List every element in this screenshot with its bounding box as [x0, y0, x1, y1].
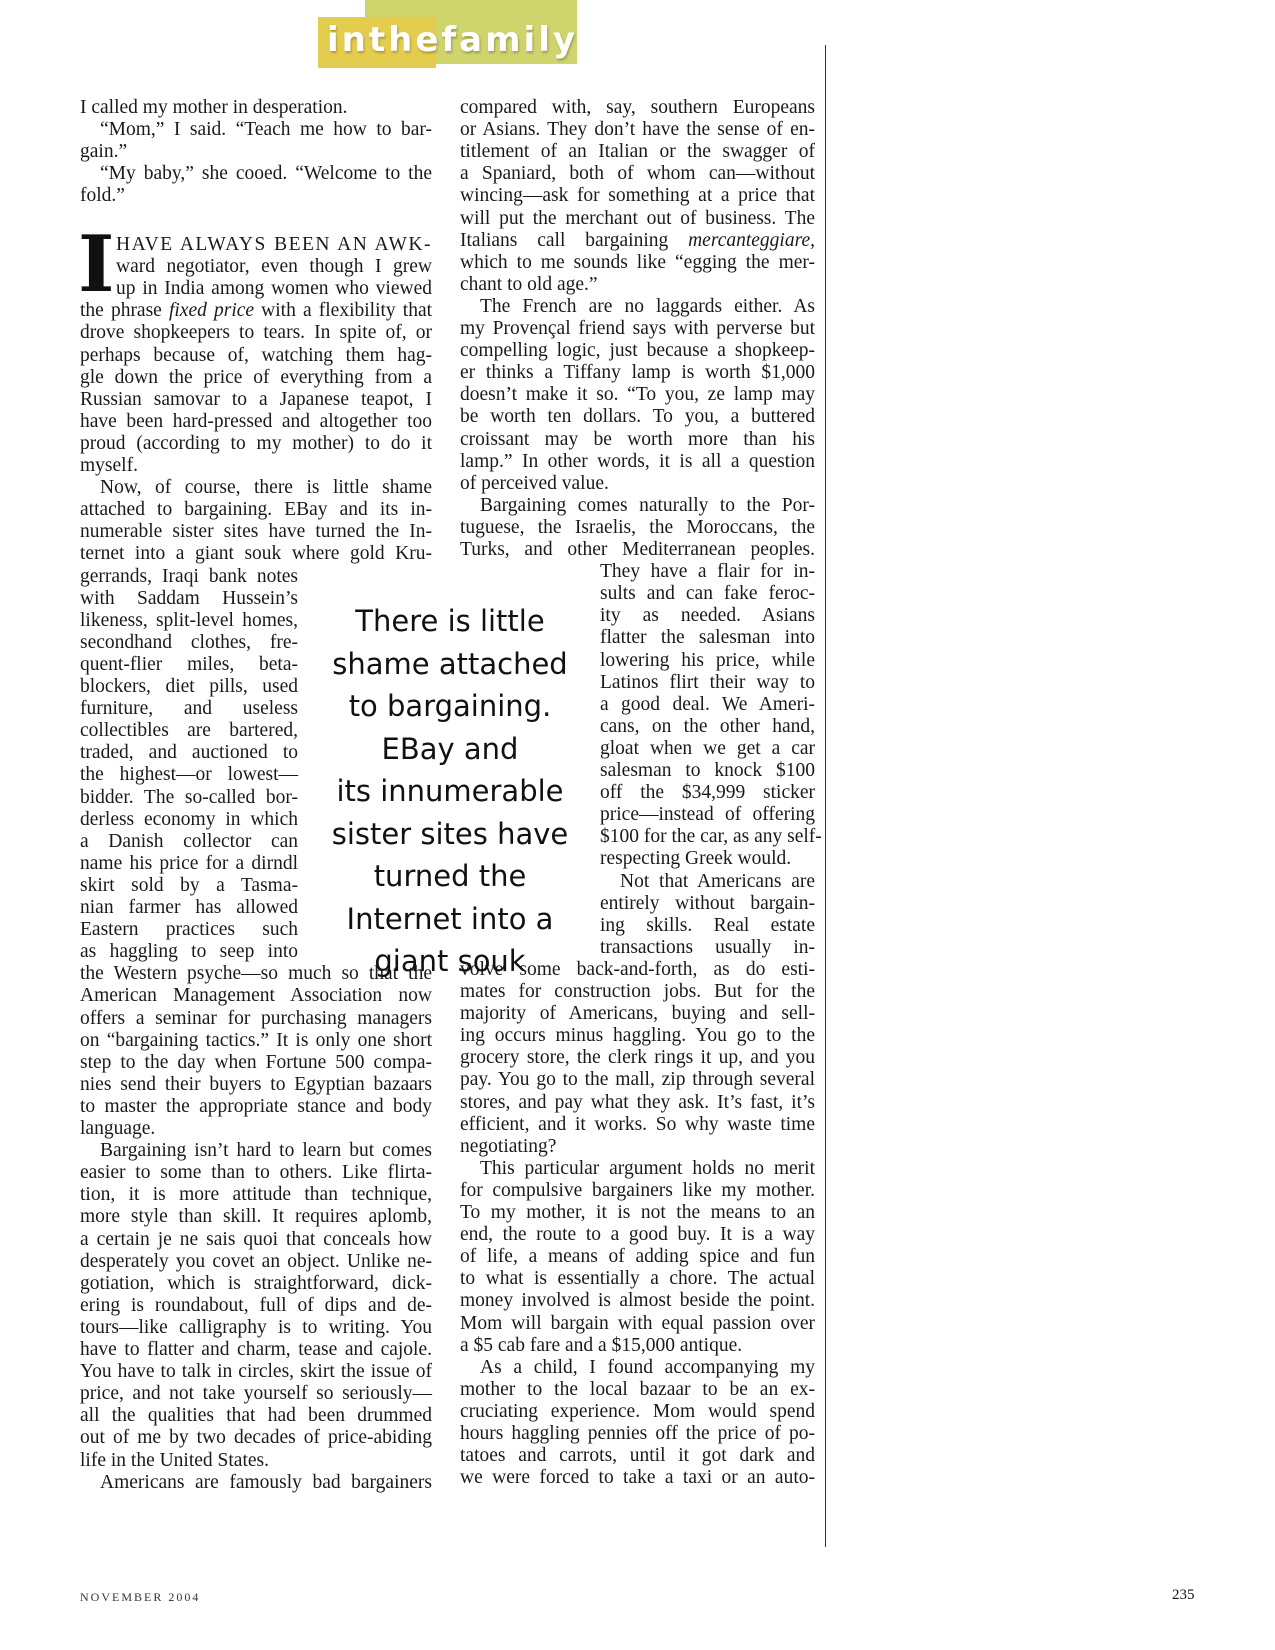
text-line: stores, and pay what they ask. It’s fast… [460, 1091, 815, 1114]
pull-quote-line: turned the [318, 855, 582, 898]
pull-quote-line: sister sites have [318, 813, 582, 856]
text-line: proud (according to my mother) to do it [80, 432, 432, 455]
text-line: To my mother, it is not the means to an [460, 1201, 815, 1224]
text-line: tours—like calligraphy is to writing. Yo… [80, 1316, 432, 1339]
text-line: titlement of an Italian or the swagger o… [460, 140, 815, 163]
text-line: HAVE ALWAYS BEEN AN AWK- [116, 233, 432, 256]
section-title: inthefamily [327, 20, 578, 60]
text-line: offers a seminar for purchasing managers [80, 1007, 432, 1030]
text-line: as haggling to seep into [80, 940, 298, 963]
text-line: ering is roundabout, full of dips and de… [80, 1294, 432, 1317]
text-line: mates for construction jobs. But for the [460, 980, 815, 1003]
text-line: blockers, diet pills, used [80, 675, 298, 698]
text-line: grocery store, the clerk rings it up, an… [460, 1046, 815, 1069]
text-line: They have a flair for in- [600, 560, 815, 583]
text-line: numerable sister sites have turned the I… [80, 520, 432, 543]
text-line: traded, and auctioned to [80, 741, 298, 764]
text-line: attached to bargaining. EBay and its in- [80, 498, 432, 521]
text-line: have been hard-pressed and altogether to… [80, 410, 432, 433]
text-line: $100 for the car, as any self- [600, 825, 815, 848]
text-line: language. [80, 1117, 432, 1140]
text-line: compelling logic, just because a shopkee… [460, 339, 815, 362]
text-line: of perceived value. [460, 472, 815, 495]
text-line: up in India among women who viewed [116, 277, 432, 300]
text-line: derless economy in which [80, 808, 298, 831]
text-line: money involved is almost beside the poin… [460, 1289, 815, 1312]
text-line: nies send their buyers to Egyptian bazaa… [80, 1073, 432, 1096]
text-line: easier to some than to others. Like flir… [80, 1161, 432, 1184]
text-line: a certain je ne sais quoi that conceals … [80, 1228, 432, 1251]
text-line: gain.” [80, 140, 432, 163]
text-line: croissant may be worth more than his [460, 428, 815, 451]
pull-quote-line: There is little [318, 600, 582, 643]
text-line: entirely without bargain- [600, 892, 815, 915]
text-line: the highest—or lowest— [80, 763, 298, 786]
text-line: ternet into a giant souk where gold Kru- [80, 542, 432, 565]
text-line: flatter the salesman into [600, 626, 815, 649]
text-line: be worth ten dollars. To you, a buttered [460, 405, 815, 428]
text-line: Americans are famously bad bargainers [80, 1471, 432, 1494]
text-line: ing skills. Real estate [600, 914, 815, 937]
text-line: my Provençal friend says with perverse b… [460, 317, 815, 340]
text-line: out of me by two decades of price-abidin… [80, 1426, 432, 1449]
text-line: Latinos flirt their way to [600, 671, 815, 694]
text-line: name his price for a dirndl [80, 852, 298, 875]
pull-quote-line: to bargaining. [318, 685, 582, 728]
text-line: quent-flier miles, beta- [80, 653, 298, 676]
text-line: bidder. The so-called bor- [80, 786, 298, 809]
text-line: lamp.” In other words, it is all a quest… [460, 450, 815, 473]
pull-quote-line: EBay and [318, 728, 582, 771]
text-line: which to me sounds like “egging the mer- [460, 251, 815, 274]
drop-cap: I [78, 232, 115, 298]
text-line: Turks, and other Mediterranean peoples. [460, 538, 815, 561]
text-line: gotiation, which is straightforward, dic… [80, 1272, 432, 1295]
text-line: nian farmer has allowed [80, 896, 298, 919]
text-line: tion, it is more attitude than technique… [80, 1183, 432, 1206]
text-line: or Asians. They don’t have the sense of … [460, 118, 815, 141]
text-line: majority of Americans, buying and sell- [460, 1002, 815, 1025]
text-line: American Management Association now [80, 984, 432, 1007]
text-line: off the $34,999 sticker [600, 781, 815, 804]
text-line: hours haggling pennies off the price of … [460, 1422, 815, 1445]
text-line: efficient, and it works. So why waste ti… [460, 1113, 815, 1136]
text-line: price, and not take yourself so seriousl… [80, 1382, 432, 1405]
text-line: pay. You go to the mall, zip through sev… [460, 1068, 815, 1091]
page-number: 235 [1172, 1587, 1195, 1604]
text-line: gloat when we get a car [600, 737, 815, 760]
text-line: the phrase fixed price with a flexibilit… [80, 299, 432, 322]
text-line: Eastern practices such [80, 918, 298, 941]
text-line: price—instead of offering [600, 803, 815, 826]
column-rule [825, 45, 826, 1547]
text-line: Mom will bargain with equal passion over [460, 1312, 815, 1335]
text-line: ing occurs minus haggling. You go to the [460, 1024, 815, 1047]
text-line: As a child, I found accompanying my [460, 1356, 815, 1379]
pull-quote-line: giant souk [318, 940, 582, 983]
text-line: “My baby,” she cooed. “Welcome to the [80, 162, 432, 185]
text-line: of life, a means of adding spice and fun [460, 1245, 815, 1268]
text-line: negotiating? [460, 1135, 815, 1158]
text-line: all the qualities that had been drummed [80, 1404, 432, 1427]
text-line: Italians call bargaining mercanteggiare, [460, 229, 815, 252]
text-line: furniture, and useless [80, 697, 298, 720]
text-line: collectibles are bartered, [80, 719, 298, 742]
pull-quote-line: Internet into a [318, 898, 582, 941]
text-line: mother to the local bazaar to be an ex- [460, 1378, 815, 1401]
text-line: to master the appropriate stance and bod… [80, 1095, 432, 1118]
text-line: will put the merchant out of business. T… [460, 207, 815, 230]
text-line: more style than skill. It requires aplom… [80, 1205, 432, 1228]
text-line: a good deal. We Ameri- [600, 693, 815, 716]
text-line: You have to talk in circles, skirt the i… [80, 1360, 432, 1383]
text-line: compared with, say, southern Europeans [460, 96, 815, 119]
text-line: Russian samovar to a Japanese teapot, I [80, 388, 432, 411]
text-line: a Danish collector can [80, 830, 298, 853]
text-line: end, the route to a good buy. It is a wa… [460, 1223, 815, 1246]
text-line: tatoes and carrots, until it got dark an… [460, 1444, 815, 1467]
text-line: myself. [80, 454, 432, 477]
text-line: Not that Americans are [600, 870, 815, 893]
text-line: Now, of course, there is little shame [80, 476, 432, 499]
text-line: I called my mother in desperation. [80, 96, 432, 119]
text-line: a $5 cab fare and a $15,000 antique. [460, 1334, 815, 1357]
text-line: ward negotiator, even though I grew [116, 255, 432, 278]
text-line: The French are no laggards either. As [460, 295, 815, 318]
text-line: to what is essentially a chore. The actu… [460, 1267, 815, 1290]
text-line: secondhand clothes, fre- [80, 631, 298, 654]
text-line: er thinks a Tiffany lamp is worth $1,000 [460, 361, 815, 384]
text-line: desperately you covet an object. Unlike … [80, 1250, 432, 1273]
pull-quote: There is littleshame attachedto bargaini… [318, 600, 582, 983]
text-line: fold.” [80, 184, 432, 207]
text-line: with Saddam Hussein’s [80, 587, 298, 610]
issue-date: NOVEMBER 2004 [80, 1590, 200, 1605]
text-line: This particular argument holds no merit [460, 1157, 815, 1180]
text-line: step to the day when Fortune 500 compa- [80, 1051, 432, 1074]
text-line: wincing—ask for something at a price tha… [460, 184, 815, 207]
text-line: salesman to knock $100 [600, 759, 815, 782]
text-line: tuguese, the Israelis, the Moroccans, th… [460, 516, 815, 539]
pull-quote-line: its innumerable [318, 770, 582, 813]
text-line: cruciating experience. Mom would spend [460, 1400, 815, 1423]
text-line: gle down the price of everything from a [80, 366, 432, 389]
text-line: doesn’t make it so. “To you, ze lamp may [460, 383, 815, 406]
text-line: gerrands, Iraqi bank notes [80, 565, 298, 588]
text-line: lowering his price, while [600, 649, 815, 672]
text-line: likeness, split-level homes, [80, 609, 298, 632]
text-line: chant to old age.” [460, 273, 815, 296]
text-line: sults and can fake feroc- [600, 582, 815, 605]
text-line: on “bargaining tactics.” It is only one … [80, 1029, 432, 1052]
text-line: transactions usually in- [600, 936, 815, 959]
text-line: perhaps because of, watching them hag- [80, 344, 432, 367]
text-line: skirt sold by a Tasma- [80, 874, 298, 897]
text-line: respecting Greek would. [600, 847, 815, 870]
text-line: Bargaining comes naturally to the Por- [460, 494, 815, 517]
text-line: have to flatter and charm, tease and caj… [80, 1338, 432, 1361]
text-line: cans, on the other hand, [600, 715, 815, 738]
text-line: ity as needed. Asians [600, 604, 815, 627]
text-line: for compulsive bargainers like my mother… [460, 1179, 815, 1202]
text-line: Bargaining isn’t hard to learn but comes [80, 1139, 432, 1162]
text-line: “Mom,” I said. “Teach me how to bar- [80, 118, 432, 141]
text-line: life in the United States. [80, 1449, 432, 1472]
text-line: a Spaniard, both of whom can—without [460, 162, 815, 185]
text-line: we were forced to take a taxi or an auto… [460, 1466, 815, 1489]
pull-quote-line: shame attached [318, 643, 582, 686]
text-line: drove shopkeepers to tears. In spite of,… [80, 321, 432, 344]
